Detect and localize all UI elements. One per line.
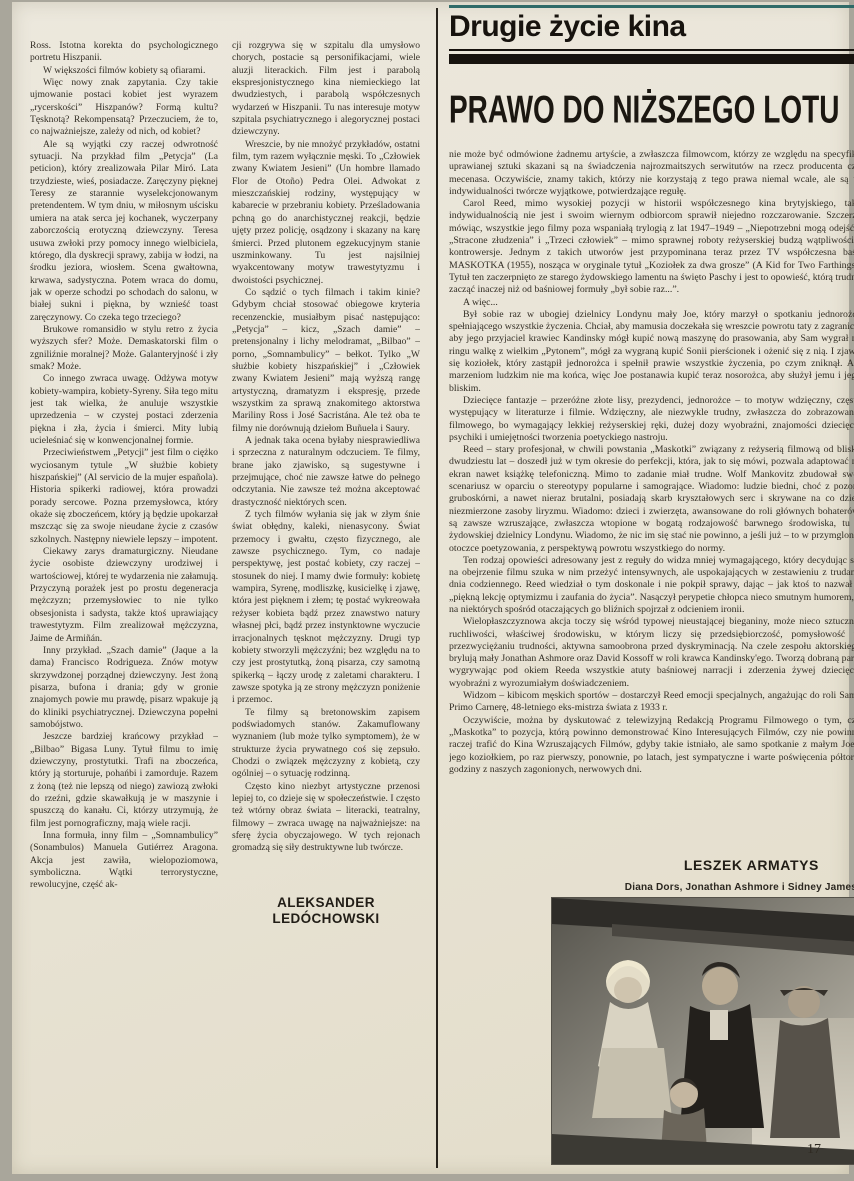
- article-author: LESZEK ARMATYS: [684, 857, 819, 873]
- paragraph: Reed – stary profesjonał, w chwili powst…: [449, 444, 854, 555]
- photo-caption: Diana Dors, Jonathan Ashmore i Sidney Ja…: [625, 882, 854, 893]
- paragraph: Te filmy są bretonowskim zapisem podświa…: [232, 707, 420, 781]
- paragraph: Jeszcze bardziej krańcowy przykład – „Bi…: [30, 731, 218, 830]
- left-article-author-line1: ALEKSANDER: [232, 895, 420, 911]
- paragraph: Ciekawy zarys dramaturgiczny. Nieudane ż…: [30, 546, 218, 645]
- paragraph: Był sobie raz w ubogiej dzielnicy Londyn…: [449, 309, 854, 395]
- right-article: Drugie życie kina PRAWO DO NIŻSZEGO LOTU…: [449, 2, 854, 1177]
- film-still-graphic: [552, 898, 854, 1164]
- left-article: Ross. Istotna korekta do psychologiczneg…: [30, 40, 422, 1170]
- article-headline: PRAWO DO NIŻSZEGO LOTU: [449, 88, 839, 133]
- paragraph: Ten rodzaj opowieści adresowany jest z r…: [449, 555, 854, 616]
- kicker-underline-bar: [449, 49, 854, 66]
- paragraph: Oczywiście, można by dyskutować z telewi…: [449, 715, 854, 776]
- section-kicker: Drugie życie kina: [449, 10, 686, 44]
- left-article-author: ALEKSANDER LEDÓCHOWSKI: [232, 895, 420, 927]
- left-article-column-1: Ross. Istotna korekta do psychologiczneg…: [30, 40, 218, 1168]
- paragraph: Ross. Istotna korekta do psychologiczneg…: [30, 40, 218, 65]
- paragraph: Carol Reed, mimo wysokiej pozycji w hist…: [449, 198, 854, 296]
- paragraph: Z tych filmów wyłania się jak w złym śni…: [232, 509, 420, 707]
- left-article-column-2-text: cji rozgrywa się w szpitalu dla umysłowo…: [232, 40, 420, 855]
- left-article-column-2: cji rozgrywa się w szpitalu dla umysłowo…: [232, 40, 420, 1168]
- top-edge-rule: [449, 5, 854, 8]
- column-divider-rule: [436, 8, 438, 1168]
- paragraph: Brukowe romansidło w stylu retro z życia…: [30, 324, 218, 373]
- page-number: 17: [807, 1142, 821, 1158]
- paragraph: W większości filmów kobiety są ofiarami.: [30, 65, 218, 77]
- left-article-author-line2: LEDÓCHOWSKI: [232, 911, 420, 927]
- paragraph: Więc nowy znak zapytania. Czy takie ujmo…: [30, 77, 218, 139]
- paragraph: A więc...: [449, 297, 854, 309]
- paragraph: Co sądzić o tych filmach i takim kinie? …: [232, 287, 420, 435]
- paragraph: cji rozgrywa się w szpitalu dla umysłowo…: [232, 40, 420, 139]
- paragraph: Ale są wyjątki czy raczej odwrotność syt…: [30, 139, 218, 324]
- film-still-photo: [552, 898, 854, 1164]
- paragraph: Co innego zwraca uwagę. Odżywa motyw kob…: [30, 373, 218, 447]
- paragraph: A jednak taka ocena byłaby niesprawiedli…: [232, 435, 420, 509]
- paragraph: Widzom – kibicom męskich sportów – dosta…: [449, 690, 854, 715]
- magazine-page: Ross. Istotna korekta do psychologiczneg…: [12, 2, 849, 1174]
- paragraph: Wielopłaszczyznowa akcja toczy się wśród…: [449, 616, 854, 690]
- paragraph: Inna formuła, inny film – „Somnambulicy”…: [30, 830, 218, 892]
- paragraph: Inny przykład. „Szach damie” (Jaque a la…: [30, 645, 218, 731]
- paragraph: Przeciwieństwem „Petycji” jest film o ci…: [30, 447, 218, 546]
- article-body: nie może być odmówione żadnemu artyście,…: [449, 149, 854, 851]
- paragraph: nie może być odmówione żadnemu artyście,…: [449, 149, 854, 198]
- paragraph: Często kino niezbyt artystyczne przenosi…: [232, 781, 420, 855]
- paragraph: Wreszcie, by nie mnożyć przykładów, osta…: [232, 139, 420, 287]
- paragraph: Dziecięce fantazje – przeróżne złote lis…: [449, 395, 854, 444]
